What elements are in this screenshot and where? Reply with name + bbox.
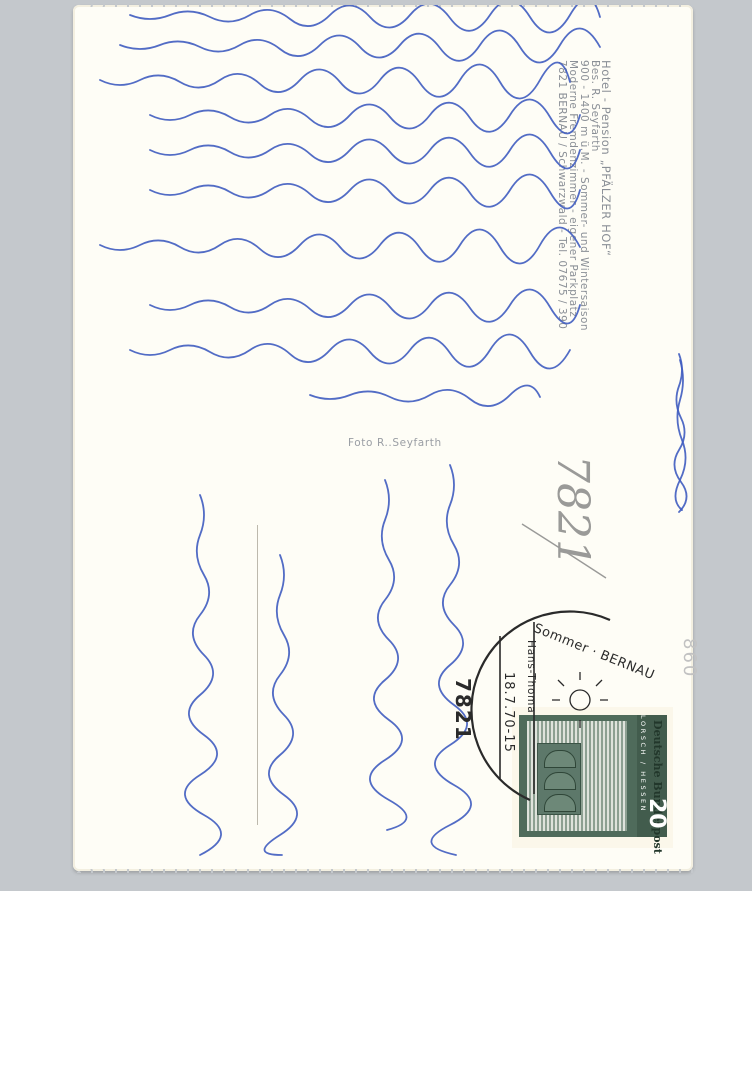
pencil-slash [520,520,610,580]
postmark-slogan: Hans-Thoma [525,640,537,713]
postmark-zip: 7821 [451,678,475,742]
margin-note [665,350,695,520]
postmark-date: 18.7.70-15 [501,672,516,753]
faded-stamp-mark: 860 [679,638,700,678]
